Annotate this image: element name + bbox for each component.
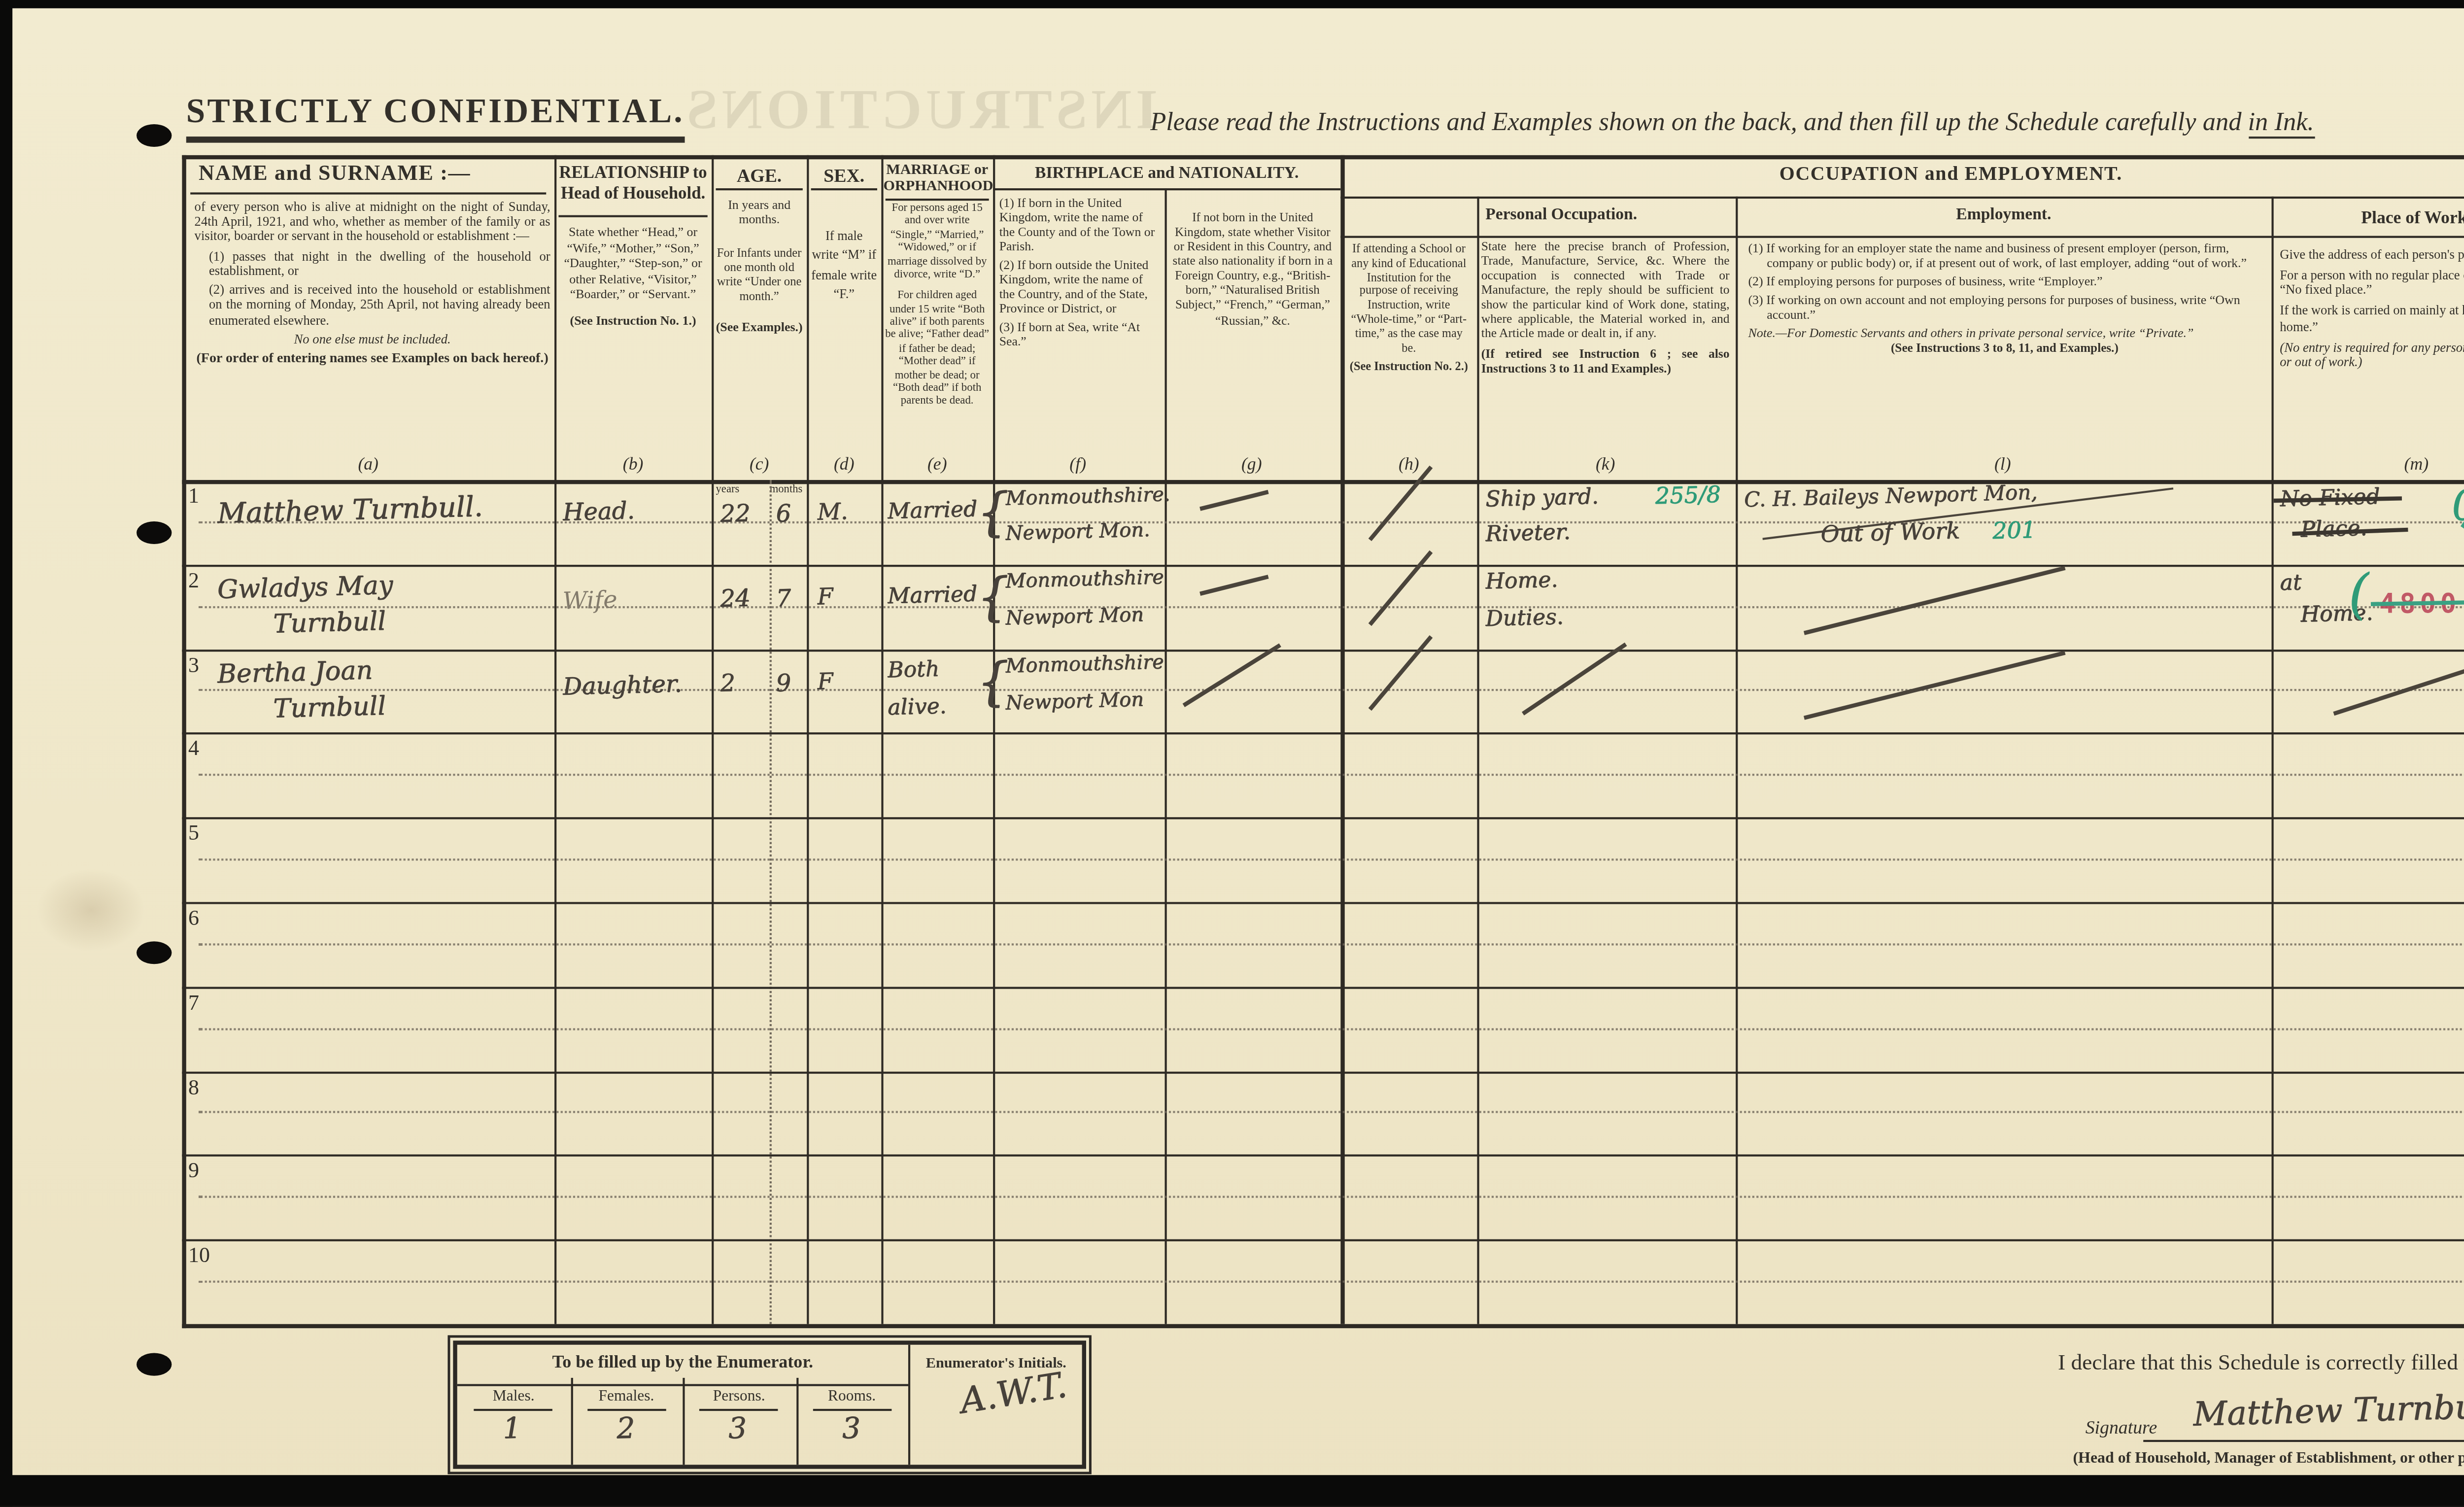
row-dotted-midline: [199, 1281, 2464, 1283]
scan-edge-top: [0, 0, 2464, 8]
col-k-text: State here the precise branch of Profess…: [1481, 242, 1730, 344]
row-dotted-midline: [199, 690, 2464, 692]
col-a-body: of every person who is alive at midnight…: [195, 201, 550, 369]
enumerator-code-green: 07: [2451, 479, 2464, 531]
col-m-title: Place of Work.: [2276, 207, 2464, 228]
row-border: [182, 1239, 2464, 1242]
col-a-p1: of every person who is alive at midnight…: [195, 201, 550, 245]
enum-label-Females.: Females.: [570, 1386, 683, 1405]
column-letter-e: (e): [906, 453, 968, 474]
enum-label-rule: [699, 1409, 778, 1411]
entry-sex: M.: [817, 498, 848, 526]
row-border: [182, 818, 2464, 820]
column-letter-c: (c): [728, 453, 790, 474]
school-mark: [1369, 550, 1432, 625]
signature-value: Matthew Turnbull.: [2192, 1386, 2464, 1434]
col-m-note-italic: (No entry is required for any person who…: [2280, 341, 2464, 372]
col-l-note2: (See Instructions 3 to 8, 11, and Exampl…: [1748, 343, 2261, 358]
entry-birthplace: Monmouthshire: [1005, 568, 1164, 595]
row-dotted-midline: [199, 1112, 2464, 1114]
entry-relationship: Wife: [562, 584, 617, 615]
row-dotted-midline: [199, 1196, 2464, 1198]
col-d-title: SEX.: [811, 166, 877, 186]
enum-label-rule: [812, 1409, 891, 1411]
col-g-body: If not born in the United Kingdom, state…: [1171, 213, 1335, 330]
enum-label-rule: [586, 1409, 665, 1411]
punch-hole: [137, 521, 171, 544]
fingerprint-smudge: [37, 869, 145, 952]
col-k-body: State here the precise branch of Profess…: [1481, 242, 1730, 378]
row-dotted-midline: [199, 1027, 2464, 1029]
col-c-body: In years and months. For Infants under o…: [714, 199, 805, 337]
col-b-note: (See Instruction No. 1.): [561, 314, 706, 330]
age-months-label: months: [770, 483, 803, 495]
entry-birthplace: Newport Mon: [1005, 688, 1144, 715]
entry-relationship: Head.: [562, 496, 635, 527]
entry-occupation: Home.: [1485, 569, 1558, 595]
col-l-note-italic: Note.—For Domestic Servants and others i…: [1748, 326, 2261, 341]
enum-value-Females.: 2: [615, 1413, 634, 1446]
col-a-p3: (2) arrives and is received into the hou…: [195, 284, 550, 329]
entry-name: Turnbull: [273, 688, 386, 722]
column-letter-k: (k): [1574, 453, 1637, 474]
employment-mark: [1804, 650, 2065, 719]
scan-edge-left: [0, 0, 12, 1507]
row-number: 6: [188, 908, 199, 931]
column-divider: [554, 155, 557, 1324]
col-e-title: MARRIAGE or ORPHANHOOD: [884, 161, 991, 196]
col-h-text: If attending a School or any kind of Edu…: [1347, 244, 1471, 357]
entry-age-months: 7: [776, 583, 791, 613]
enum-label-Persons.: Persons.: [683, 1386, 795, 1405]
school-mark: [1369, 466, 1432, 541]
row-border: [182, 564, 2464, 567]
entry-employment-code: 201: [1992, 516, 2036, 545]
enumerator-summary-box: To be filled up by the Enumerator. Enume…: [453, 1340, 1086, 1469]
green-paren: (: [2347, 564, 2370, 627]
column-letter-g: (g): [1221, 453, 1283, 474]
declaration-text: I declare that this Schedule is correctl…: [1996, 1351, 2464, 1375]
entry-name: Matthew Turnbull.: [217, 491, 483, 531]
row-number: 2: [188, 571, 199, 593]
fill-instruction-line: Please read the Instructions and Example…: [1150, 107, 2314, 138]
col-a-title: NAME and SURNAME :—: [199, 164, 471, 186]
entry-sex: F: [817, 667, 833, 694]
col-k-note: (If retired see Instruction 6 ; see also…: [1481, 349, 1730, 378]
row-dotted-midline: [199, 521, 2464, 523]
enum-value-Rooms.: 3: [841, 1413, 860, 1446]
census-form-page: INSTRUCTIONS SCHEDULE STRICTLY CONFIDENT…: [0, 0, 2464, 1507]
fill-instruction-text: Please read the Instructions and Example…: [1150, 107, 2248, 137]
col-k-title: Personal Occupation.: [1485, 205, 1637, 224]
entry-occupation: Duties.: [1485, 605, 1564, 632]
row-border: [182, 987, 2464, 989]
col-f-body: (1) If born in the United Kingdom, write…: [999, 199, 1159, 351]
column-divider: [881, 155, 884, 1324]
col-e-body: For persons aged 15 and over write “Sing…: [884, 203, 991, 409]
entry-marriage: Married: [887, 497, 977, 524]
entry-occupation-code: 255/8: [1655, 481, 1721, 510]
col-e-body1: For persons aged 15 and over write “Sing…: [884, 203, 991, 282]
column-letter-b: (b): [602, 453, 664, 474]
enum-label-Rooms.: Rooms.: [795, 1386, 908, 1405]
entry-occupation: Ship yard.: [1485, 483, 1599, 511]
col-f-p3: (3) If born at Sea, write “At Sea.”: [999, 322, 1159, 350]
column-divider: [993, 155, 995, 1324]
col-c-note: (See Examples.): [714, 321, 805, 336]
col-c-body1: In years and months.: [714, 199, 805, 229]
col-c-title: AGE.: [716, 166, 803, 186]
nationality-mark: [1183, 643, 1281, 706]
place-mark: [2333, 656, 2464, 714]
col-f-p1: (1) If born in the United Kingdom, write…: [999, 199, 1159, 256]
column-divider: [712, 155, 714, 1324]
employment-mark: [1804, 566, 2065, 634]
row-number: 3: [188, 655, 199, 678]
group-header-birthplace: BIRTHPLACE and NATIONALITY.: [993, 164, 1340, 182]
group-header-occupation: OCCUPATION and EMPLOYMENT.: [1340, 166, 2464, 186]
entry-relationship: Daughter.: [562, 668, 682, 700]
column-letter-m: (m): [2385, 453, 2447, 474]
column-letter-h: (h): [1378, 453, 1440, 474]
enum-label-rule: [474, 1409, 552, 1411]
col-l-p1: (1) If working for an employer state the…: [1748, 242, 2261, 272]
column-letter-l: (l): [1972, 453, 2034, 474]
scanned-1921-census-schedule: INSTRUCTIONS SCHEDULE STRICTLY CONFIDENT…: [0, 0, 2464, 1507]
col-d-body: If male write “M” if female write “F.”: [811, 228, 877, 306]
entry-name: Bertha Joan: [217, 653, 373, 688]
entry-age-years: 22: [719, 498, 751, 528]
punch-hole: [137, 1353, 171, 1376]
row-border: [182, 1071, 2464, 1073]
col-h-note: (See Instruction No. 2.): [1347, 361, 1471, 376]
bleedthrough-text: INSTRUCTIONS: [683, 79, 1158, 143]
row-border: [182, 649, 2464, 651]
row-border: [182, 733, 2464, 736]
enumerator-initials-value: A.W.T.: [958, 1366, 1070, 1423]
entry-marriage: Married: [887, 582, 977, 609]
col-b-text: State whether “Head,” or “Wife,” “Mother…: [561, 226, 706, 304]
entry-birthplace: Newport Mon.: [1005, 519, 1150, 546]
column-letter-f: (f): [1047, 453, 1109, 474]
occupation-mark: [1522, 642, 1626, 714]
col-l-title: Employment.: [1740, 205, 2268, 224]
column-letter-a: (a): [337, 453, 399, 474]
enum-label-Males.: Males.: [457, 1386, 570, 1405]
row-dotted-midline: [199, 858, 2464, 860]
age-years-label: years: [716, 483, 740, 495]
entry-marriage: alive.: [887, 693, 947, 719]
col-m-p2: For a person with no regular place of wo…: [2280, 269, 2464, 300]
punch-hole: [137, 941, 171, 964]
row-number: 1: [188, 486, 199, 509]
school-mark: [1369, 634, 1432, 709]
row-border: [182, 1155, 2464, 1158]
entry-marriage: Both: [887, 656, 939, 683]
scan-edge-bottom: [0, 1475, 2464, 1507]
entry-age-months: 9: [776, 667, 791, 697]
col-a-note-italic: No one else must be included.: [195, 334, 550, 348]
entry-age-years: 24: [719, 582, 751, 612]
column-divider: [807, 155, 809, 1324]
col-b-title: RELATIONSHIP to Head of Household.: [556, 164, 710, 203]
col-a-p2: (1) passes that night in the dwelling of…: [195, 250, 550, 280]
row-border: [182, 902, 2464, 904]
row-number: 5: [188, 824, 199, 847]
fill-instruction-ink: in Ink.: [2248, 107, 2314, 138]
entry-name: Gwladys May: [217, 568, 393, 604]
row-dotted-midline: [199, 943, 2464, 945]
row-number: 7: [188, 993, 199, 1015]
entry-name: Turnbull: [273, 604, 386, 638]
col-f-p2: (2) If born outside the United Kingdom, …: [999, 260, 1159, 318]
column-divider: [1340, 155, 1344, 1324]
enum-value-Persons.: 3: [728, 1413, 747, 1446]
column-divider: [1165, 188, 1167, 1324]
entry-age-years: 2: [719, 667, 735, 697]
signature-note: (Head of Household, Manager of Establish…: [2073, 1447, 2464, 1466]
col-a-note-bold: (For order of entering names see Example…: [195, 353, 550, 369]
row-dotted-midline: [199, 774, 2464, 776]
entry-occupation: Riveter.: [1485, 520, 1571, 548]
col-c-body2: For Infants under one month old write “U…: [714, 248, 805, 307]
col-l-p2: (2) If employing persons for purposes of…: [1748, 275, 2261, 290]
col-h-body: If attending a School or any kind of Edu…: [1347, 244, 1471, 375]
enum-value-Males.: 1: [502, 1413, 521, 1446]
column-letter-d: (d): [813, 453, 875, 474]
entry-employment: C. H. Baileys Newport Mon,: [1744, 482, 2037, 513]
row-number: 9: [188, 1162, 199, 1184]
col-m-body: Give the address of each person's place …: [2280, 248, 2464, 372]
col-m-p3: If the work is carried on mainly at home…: [2280, 305, 2464, 336]
nationality-mark: [1199, 490, 1268, 510]
punch-hole: [137, 124, 171, 147]
entry-birthplace: Newport Mon: [1005, 604, 1144, 631]
col-b-body: State whether “Head,” or “Wife,” “Mother…: [561, 226, 706, 330]
confidential-heading: STRICTLY CONFIDENTIAL.: [186, 91, 684, 143]
row-number: 10: [188, 1246, 210, 1268]
row-dotted-midline: [199, 605, 2464, 607]
row-number: 4: [188, 739, 199, 762]
col-e-body2: For children aged under 15 write “Both a…: [884, 290, 991, 409]
nationality-mark: [1199, 574, 1268, 594]
col-l-body: (1) If working for an employer state the…: [1748, 242, 2261, 358]
col-m-p1: Give the address of each person's place …: [2280, 248, 2464, 264]
row-number: 8: [188, 1077, 199, 1099]
entry-place-of-work: at: [2280, 570, 2302, 596]
entry-birthplace: Monmouthshire: [1005, 652, 1164, 679]
entry-birthplace: Monmouthshire.: [1005, 483, 1170, 510]
entry-sex: F: [817, 583, 833, 610]
entry-age-months: 6: [776, 498, 791, 528]
col-l-p3: (3) If working on own account and not em…: [1748, 293, 2261, 323]
signature-label: Signature: [2086, 1417, 2157, 1438]
